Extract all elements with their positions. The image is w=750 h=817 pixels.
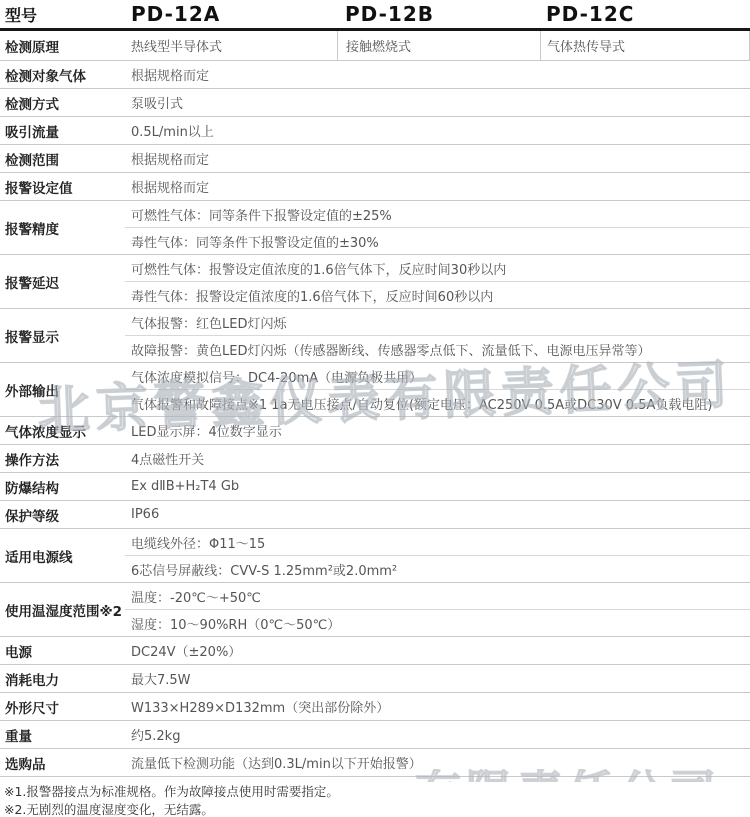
row-label: 报警显示 — [0, 309, 125, 362]
row-label: 检测方式 — [0, 89, 125, 116]
row-detection-method: 检测方式 泵吸引式 — [0, 89, 750, 117]
row-dimensions: 外形尺寸 W133×H289×D132mm（突出部份除外） — [0, 693, 750, 721]
row-value: 可燃性气体：同等条件下报警设定值的±25% — [125, 201, 750, 227]
row-label: 报警设定值 — [0, 173, 125, 200]
row-temp-humidity-range: 使用温湿度范围※2 温度：-20℃～+50℃ 湿度：10～90%RH（0℃～50… — [0, 583, 750, 637]
row-value: Ex dⅡB+H₂T4 Gb — [125, 473, 750, 500]
header-model-pd12a: PD-12A — [125, 2, 337, 26]
row-label: 防爆结构 — [0, 473, 125, 500]
row-value: 4点磁性开关 — [125, 445, 750, 472]
row-weight: 重量 约5.2kg — [0, 721, 750, 749]
row-value: 最大7.5W — [125, 665, 750, 692]
row-suction-flow: 吸引流量 0.5L/min以上 — [0, 117, 750, 145]
header-model-pd12c: PD-12C — [540, 2, 750, 26]
row-label: 检测范围 — [0, 145, 125, 172]
row-value: DC24V（±20%） — [125, 637, 750, 664]
row-label: 外形尺寸 — [0, 693, 125, 720]
row-value: 流量低下检测功能（达到0.3L/min以下开始报警） — [125, 749, 750, 776]
row-value: 电缆线外径：Φ11～15 — [125, 529, 750, 555]
row-value: 0.5L/min以上 — [125, 117, 750, 144]
row-alarm-setpoint: 报警设定值 根据规格而定 — [0, 173, 750, 201]
row-value: 气体报警：红色LED灯闪烁 — [125, 309, 750, 335]
row-label: 报警延迟 — [0, 255, 125, 308]
cell-pd12a-principle: 热线型半导体式 — [125, 31, 337, 60]
row-label: 电源 — [0, 637, 125, 664]
header-model-label: 型号 — [0, 3, 125, 26]
row-value: 约5.2kg — [125, 721, 750, 748]
row-label: 保护等级 — [0, 501, 125, 528]
row-value: IP66 — [125, 501, 750, 528]
row-value: 6芯信号屏蔽线：CVV-S 1.25mm²或2.0mm² — [125, 555, 750, 582]
cell-pd12b-principle: 接触燃烧式 — [337, 31, 540, 60]
row-protection-rating: 保护等级 IP66 — [0, 501, 750, 529]
footnote-1: ※1.报警器接点为标准规格。作为故障接点使用时需要指定。 — [4, 783, 750, 801]
row-alarm-accuracy: 报警精度 可燃性气体：同等条件下报警设定值的±25% 毒性气体：同等条件下报警设… — [0, 201, 750, 255]
row-optional-items: 选购品 流量低下检测功能（达到0.3L/min以下开始报警） — [0, 749, 750, 777]
row-value: 根据规格而定 — [125, 145, 750, 172]
header-model-pd12b: PD-12B — [337, 2, 540, 26]
row-target-gas: 检测对象气体 根据规格而定 — [0, 61, 750, 89]
row-value: 根据规格而定 — [125, 173, 750, 200]
row-value: 毒性气体：报警设定值浓度的1.6倍气体下，反应时间60秒以内 — [125, 281, 750, 308]
row-value: 气体报警和故障接点※1 1a无电压接点/自动复位(额定电压：AC250V 0.5… — [125, 389, 750, 416]
spec-sheet: 型号 PD-12A PD-12B PD-12C 检测原理 热线型半导体式 接触燃… — [0, 0, 750, 817]
row-explosion-proof: 防爆结构 Ex dⅡB+H₂T4 Gb — [0, 473, 750, 501]
table-header-row: 型号 PD-12A PD-12B PD-12C — [0, 0, 750, 31]
row-label: 外部输出 — [0, 363, 125, 416]
row-value: LED显示屏：4位数字显示 — [125, 417, 750, 444]
row-label: 使用温湿度范围※2 — [0, 583, 125, 636]
row-label: 操作方法 — [0, 445, 125, 472]
row-value: 湿度：10～90%RH（0℃～50℃） — [125, 609, 750, 636]
row-label: 吸引流量 — [0, 117, 125, 144]
row-concentration-display: 气体浓度显示 LED显示屏：4位数字显示 — [0, 417, 750, 445]
row-label: 消耗电力 — [0, 665, 125, 692]
row-alarm-display: 报警显示 气体报警：红色LED灯闪烁 故障报警：黄色LED灯闪烁（传感器断线、传… — [0, 309, 750, 363]
row-value: W133×H289×D132mm（突出部份除外） — [125, 693, 750, 720]
row-label: 气体浓度显示 — [0, 417, 125, 444]
row-label: 检测原理 — [0, 31, 125, 60]
row-value: 故障报警：黄色LED灯闪烁（传感器断线、传感器零点低下、流量低下、电源电压异常等… — [125, 335, 750, 362]
footnotes: ※1.报警器接点为标准规格。作为故障接点使用时需要指定。 ※2.无剧烈的温度湿度… — [0, 777, 750, 817]
row-external-output: 外部输出 气体浓度模拟信号：DC4-20mA（电源负极共用） 气体报警和故障接点… — [0, 363, 750, 417]
row-operation-method: 操作方法 4点磁性开关 — [0, 445, 750, 473]
row-alarm-delay: 报警延迟 可燃性气体：报警设定值浓度的1.6倍气体下，反应时间30秒以内 毒性气… — [0, 255, 750, 309]
row-power-supply: 电源 DC24V（±20%） — [0, 637, 750, 665]
row-value: 气体浓度模拟信号：DC4-20mA（电源负极共用） — [125, 363, 750, 389]
row-value: 温度：-20℃～+50℃ — [125, 583, 750, 609]
row-label: 适用电源线 — [0, 529, 125, 582]
row-detection-range: 检测范围 根据规格而定 — [0, 145, 750, 173]
row-value: 根据规格而定 — [125, 61, 750, 88]
cell-pd12c-principle: 气体热传导式 — [540, 31, 750, 60]
row-value: 可燃性气体：报警设定值浓度的1.6倍气体下，反应时间30秒以内 — [125, 255, 750, 281]
row-label: 选购品 — [0, 749, 125, 776]
row-value: 泵吸引式 — [125, 89, 750, 116]
row-label: 重量 — [0, 721, 125, 748]
row-power-cable: 适用电源线 电缆线外径：Φ11～15 6芯信号屏蔽线：CVV-S 1.25mm²… — [0, 529, 750, 583]
row-value: 毒性气体：同等条件下报警设定值的±30% — [125, 227, 750, 254]
row-detection-principle: 检测原理 热线型半导体式 接触燃烧式 气体热传导式 — [0, 31, 750, 61]
row-label: 检测对象气体 — [0, 61, 125, 88]
row-power-consumption: 消耗电力 最大7.5W — [0, 665, 750, 693]
row-label: 报警精度 — [0, 201, 125, 254]
footnote-2: ※2.无剧烈的温度湿度变化，无结露。 — [4, 801, 750, 817]
